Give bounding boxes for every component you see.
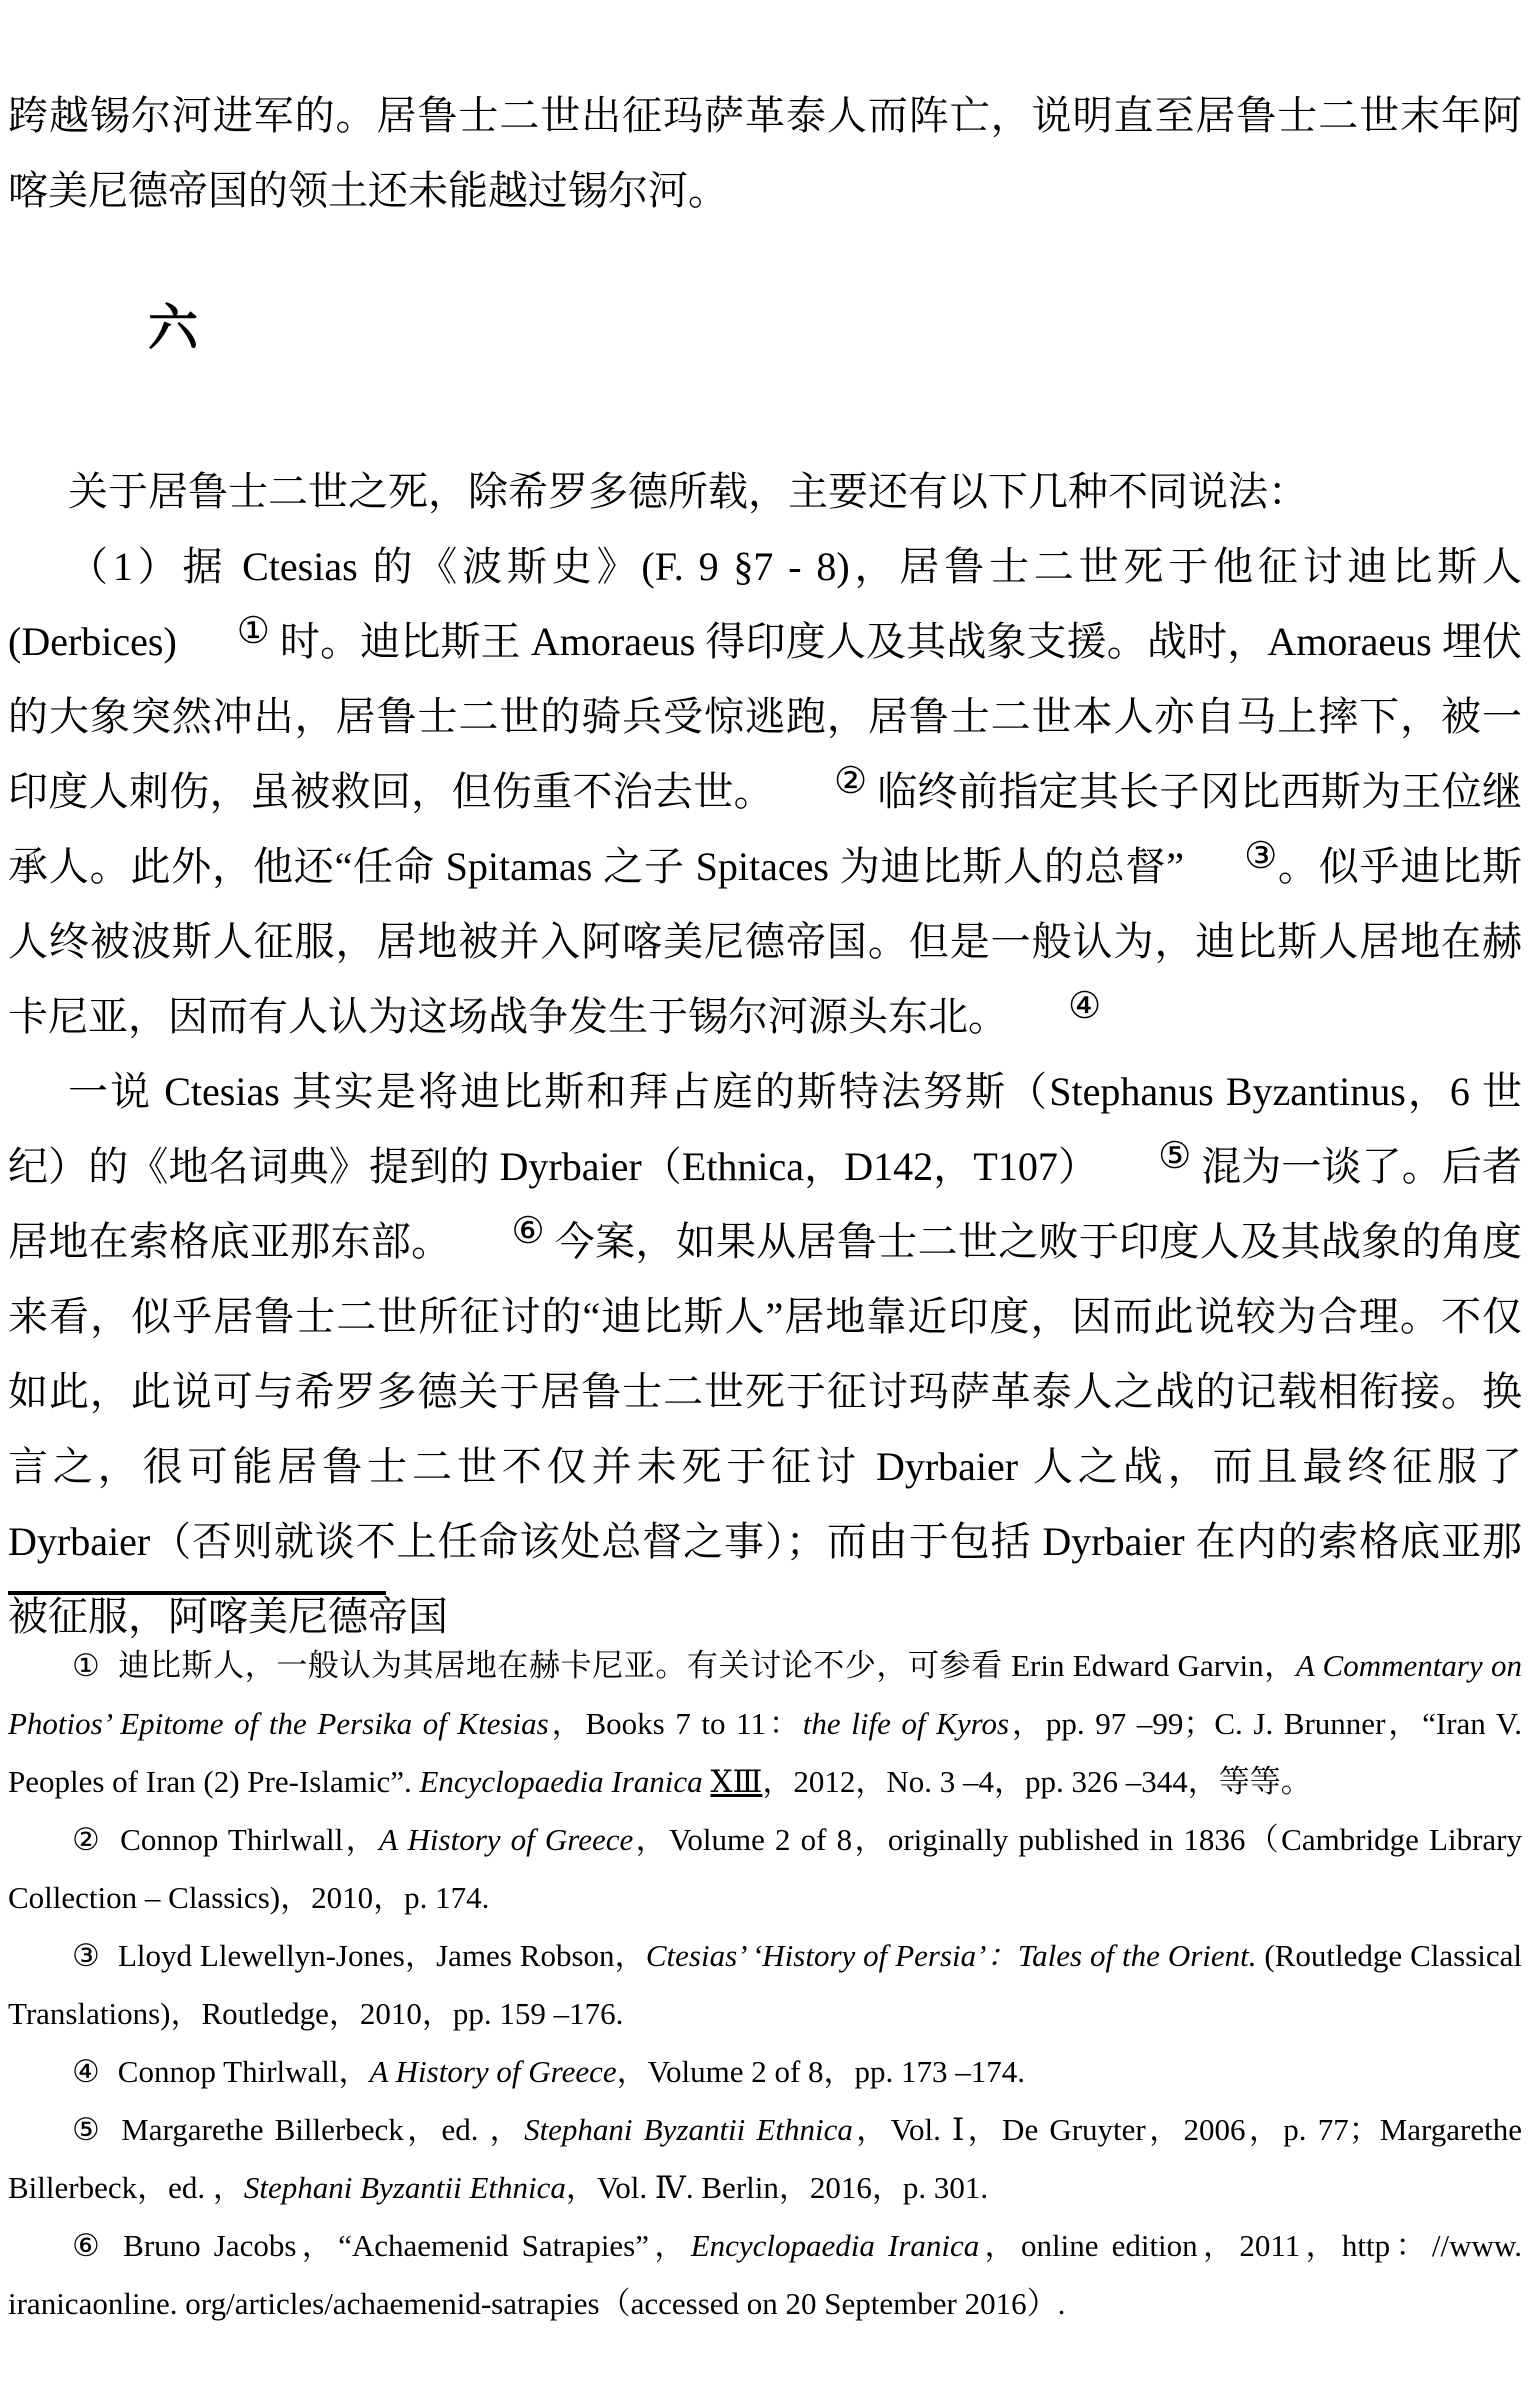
- text-run: the life of Kyros: [803, 1706, 1009, 1741]
- text-run: ，Vol. Ⅳ. Berlin，2016，p. 301.: [566, 2170, 988, 2205]
- footnote-marker: ②: [72, 1822, 102, 1857]
- text-run: 迪比斯人，一般认为其居地在赫卡尼亚。有关讨论不少，可参看 Erin Edward…: [118, 1648, 1295, 1683]
- footnote-marker: ⑥: [72, 2228, 105, 2263]
- footnote-marker: ④: [72, 2054, 100, 2089]
- footnote-item: ③Lloyd Llewellyn-Jones，James Robson，Ctes…: [8, 1927, 1522, 2043]
- footnotes-section: ①迪比斯人，一般认为其居地在赫卡尼亚。有关讨论不少，可参看 Erin Edwar…: [8, 1591, 1522, 2333]
- document-page: 跨越锡尔河进军的。居鲁士二世出征玛萨革泰人而阵亡，说明直至居鲁士二世末年阿喀美尼…: [0, 0, 1536, 2404]
- footnote-item: ①迪比斯人，一般认为其居地在赫卡尼亚。有关讨论不少，可参看 Erin Edwar…: [8, 1637, 1522, 1811]
- text-run: Encyclopaedia Iranica: [419, 1764, 710, 1799]
- text-run: ，Books 7 to 11：: [549, 1706, 803, 1741]
- footnote-marker: ③: [72, 1938, 100, 1973]
- page-body: 跨越锡尔河进军的。居鲁士二世出征玛萨革泰人而阵亡，说明直至居鲁士二世末年阿喀美尼…: [8, 78, 1522, 1654]
- text-run: Margarethe Billerbeck，ed. ，: [121, 2112, 524, 2147]
- text-run: 今案，如果从居鲁士二世之败于印度人及其战象的角度来看，似乎居鲁士二世所征讨的“迪…: [8, 1219, 1522, 1639]
- text-run: 跨越锡尔河进军的。居鲁士二世出征玛萨革泰人而阵亡，说明直至居鲁士二世末年阿喀美尼…: [8, 93, 1522, 213]
- text-run: A History of Greece: [370, 2054, 617, 2089]
- footnote-marker: ⑤: [72, 2112, 103, 2147]
- text-run: 关于居鲁士二世之死，除希罗多德所载，主要还有以下几种不同说法：: [68, 469, 1308, 514]
- footnote-item: ④Connop Thirlwall，A History of Greece，Vo…: [8, 2043, 1522, 2101]
- text-run: Stephani Byzantii Ethnica: [524, 2112, 853, 2147]
- text-run: ，Volume 2 of 8，pp. 173 –174.: [617, 2054, 1025, 2089]
- text-run: Lloyd Llewellyn-Jones，James Robson，: [118, 1938, 646, 1973]
- text-run: Ctesias’ ‘History of Persia’：Tales of th…: [646, 1938, 1257, 1973]
- text-run: ，2012，No. 3 –4，pp. 326 –344，等等。: [762, 1764, 1311, 1799]
- footnote-item: ⑥Bruno Jacobs，“Achaemenid Satrapies”，Enc…: [8, 2217, 1522, 2333]
- section-heading: 六: [148, 298, 1522, 358]
- footnote-marker: ①: [72, 1648, 100, 1683]
- paragraph: 跨越锡尔河进军的。居鲁士二世出征玛萨革泰人而阵亡，说明直至居鲁士二世末年阿喀美尼…: [8, 78, 1522, 228]
- paragraph: （1）据 Ctesias 的《波斯史》(F. 9 §7 - 8)，居鲁士二世死于…: [8, 529, 1522, 1054]
- footnote-item: ⑤Margarethe Billerbeck，ed. ，Stephani Byz…: [8, 2101, 1522, 2217]
- text-run: Connop Thirlwall，: [120, 1822, 379, 1857]
- text-run: ⅩⅢ: [710, 1764, 762, 1799]
- footnote-item: ②Connop Thirlwall，A History of Greece，Vo…: [8, 1811, 1522, 1927]
- text-run: Encyclopaedia Iranica: [691, 2228, 980, 2263]
- text-run: Bruno Jacobs，“Achaemenid Satrapies”，: [123, 2228, 691, 2263]
- paragraph: 一说 Ctesias 其实是将迪比斯和拜占庭的斯特法努斯（Stephanus B…: [8, 1054, 1522, 1654]
- text-run: Connop Thirlwall，: [118, 2054, 370, 2089]
- footnote-separator: [8, 1591, 386, 1595]
- footnote-list: ①迪比斯人，一般认为其居地在赫卡尼亚。有关讨论不少，可参看 Erin Edwar…: [8, 1637, 1522, 2333]
- text-run: A History of Greece: [379, 1822, 633, 1857]
- text-run: Stephani Byzantii Ethnica: [244, 2170, 566, 2205]
- paragraph: 关于居鲁士二世之死，除希罗多德所载，主要还有以下几种不同说法：: [8, 454, 1522, 529]
